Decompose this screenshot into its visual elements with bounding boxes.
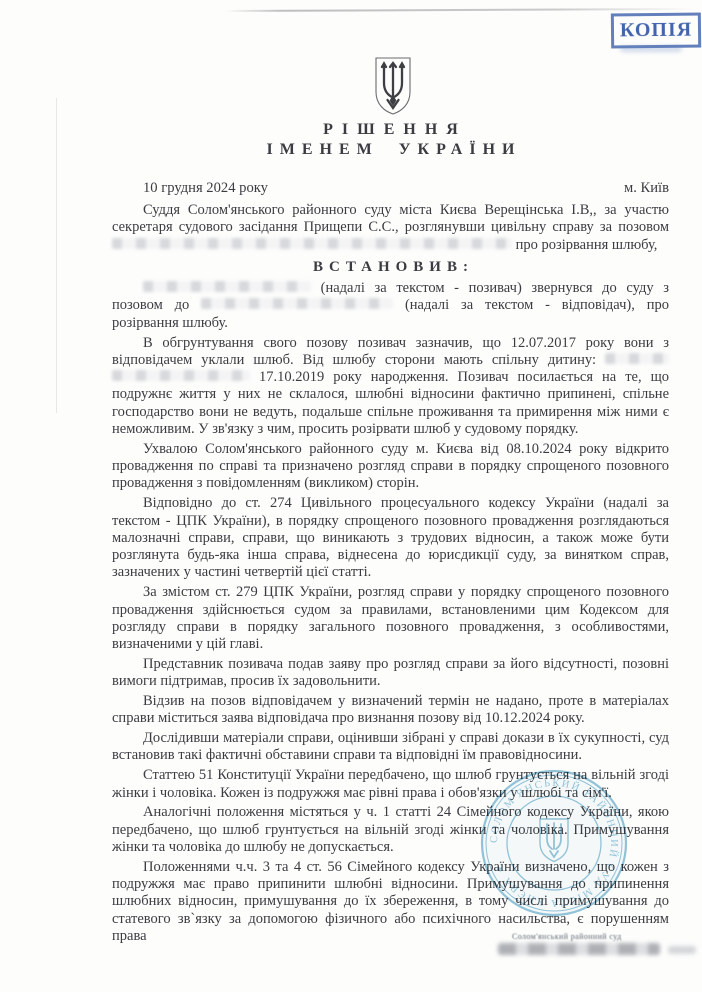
redacted-text <box>605 353 669 364</box>
paragraph: Відповідно до ст. 274 Цивільного процесу… <box>112 495 669 581</box>
footer-court-note: Солом'янський районний суд <box>512 932 622 941</box>
redacted-text <box>112 238 512 249</box>
copy-stamp-smudge <box>620 46 682 52</box>
footer-redaction-smudge <box>498 943 660 955</box>
scan-artifact-line <box>56 98 57 413</box>
decision-city: м. Київ <box>624 180 669 197</box>
document-page: КОПІЯ РІШЕННЯ ІМЕНЕМ УКРАЇНИ 10 грудня 2… <box>0 0 702 992</box>
title-in-the-name-of-ukraine: ІМЕНЕМ УКРАЇНИ <box>112 141 669 159</box>
established-heading: ВСТАНОВИВ: <box>112 259 669 276</box>
paragraph: (надалі за текстом - позивач) звернувся … <box>112 280 669 332</box>
redacted-text <box>201 298 393 309</box>
title-decision: РІШЕННЯ <box>112 121 669 139</box>
paragraph: Дослідивши матеріали справи, оцінивши зі… <box>112 730 669 765</box>
redacted-text <box>143 281 311 292</box>
paragraph: Суддя Солом'янського районного суду міст… <box>112 202 669 254</box>
paragraph: Представник позивача подав заяву про роз… <box>112 656 669 691</box>
ukraine-trident-emblem-icon <box>373 56 413 116</box>
footer-redaction-smudge <box>668 946 696 954</box>
paragraph: Ухвалою Солом'янського районного суду м.… <box>112 441 669 493</box>
paragraph: За змістом ст. 279 ЦПК України, розгляд … <box>112 584 669 653</box>
copy-stamp: КОПІЯ <box>611 13 701 49</box>
document-title-block: РІШЕННЯ ІМЕНЕМ УКРАЇНИ <box>112 121 669 159</box>
scan-artifact-line <box>225 8 693 12</box>
paragraph: В обгрунтування свого позову позивач заз… <box>112 335 669 439</box>
decision-date: 10 грудня 2024 року <box>143 180 268 197</box>
redacted-text <box>112 370 250 381</box>
paragraph: Відзив на позов відповідачем у визначени… <box>112 693 669 728</box>
date-city-row: 10 грудня 2024 року м. Київ <box>112 180 669 197</box>
court-round-seal: СОЛОМ'ЯНСЬКИЙ РАЙОННИЙ СУД МІСТА КИЄВА ✦ <box>478 767 630 919</box>
